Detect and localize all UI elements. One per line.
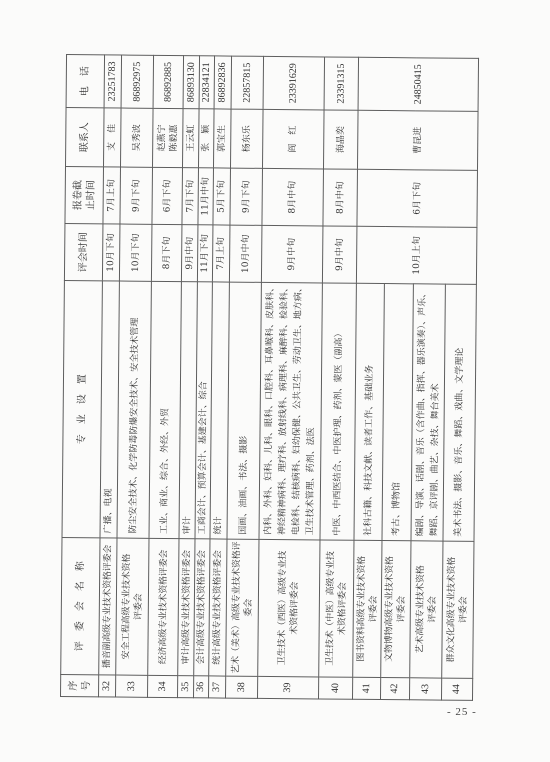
cell-phone: 86892885 — [153, 55, 183, 108]
cell-majors: 中医、中西医结合、中医护理、药剂、蒙医（副高） — [320, 283, 356, 540]
committee-schedule-table: 序 号 评 委 会 名 称 专 业 设 置 评会时间 报卷截 止时间 联系人 电… — [60, 54, 479, 701]
cell-meeting-time: 9月中旬 — [322, 226, 357, 283]
cell-no: 38 — [225, 676, 257, 698]
header-meeting-time: 评会时间 — [64, 224, 103, 281]
header-committee-name: 评 委 会 名 称 — [61, 538, 100, 675]
cell-deadline: 8月中旬 — [323, 169, 358, 226]
table-header-row: 序 号 评 委 会 名 称 专 业 设 置 评会时间 报卷截 止时间 联系人 电… — [61, 55, 105, 697]
cell-no: 40 — [318, 677, 352, 699]
cell-contact: 张 颖 — [198, 109, 214, 168]
cell-meeting-time: 11月下旬 — [197, 225, 213, 282]
cell-no: 43 — [409, 678, 441, 700]
cell-phone: 86893130 — [183, 56, 199, 109]
cell-majors: 防尘安全技术、化学防毒防爆安全技术、安全技术管理 — [117, 281, 151, 538]
cell-no: 41 — [352, 677, 380, 699]
cell-contact: 王云虹 — [182, 109, 199, 168]
table-body: 32播音副高级专业技术资格评委会广播、电视10月下旬7月上旬支 佳2325178… — [99, 55, 479, 700]
header-deadline: 报卷截 止时间 — [65, 167, 104, 224]
cell-deadline: 9月下旬 — [120, 167, 153, 224]
cell-deadline: 7月上旬 — [103, 167, 121, 224]
cell-name: 安全工程高级专业技术资格 评委会 — [116, 538, 149, 675]
cell-phone: 24850415 — [358, 57, 478, 111]
cell-phone: 22834121 — [199, 56, 214, 109]
cell-no: 44 — [441, 678, 472, 700]
cell-phone: 22857815 — [231, 56, 263, 109]
cell-majors: 内科、外科、妇科、儿科、眼科、口腔科、耳鼻喉科、皮肤科、 神经精神病科、理疗科、… — [259, 282, 322, 540]
cell-contact: 杨东乐 — [230, 109, 263, 168]
header-phone: 电 话 — [66, 55, 104, 108]
cell-name: 会计高级专业技术资格评委会 — [194, 539, 210, 676]
cell-majors: 社科古籍、科技文献、读者工作、基础业务 — [354, 283, 384, 540]
cell-deadline: 7月下旬 — [182, 168, 199, 225]
cell-no: 42 — [380, 678, 409, 700]
cell-name: 审计高级专业技术资格评委会 — [178, 539, 195, 676]
cell-name: 卫生技术（中医）高级专业技 术资格评委会 — [319, 540, 354, 677]
cell-no: 32 — [99, 675, 116, 697]
cell-majors: 编剧、导演、话剧、音乐（含作曲、指挥、器乐演奏）、声乐、 舞蹈、京评剧、曲艺、杂… — [411, 284, 445, 541]
cell-contact: 支 佳 — [103, 108, 121, 167]
table-row: 39卫生技术（西医）高级专业技 术资格评委会内科、外科、妇科、儿科、眼科、口腔科… — [257, 56, 324, 699]
cell-name: 卫生技术（西医）高级专业技 术资格评委会 — [258, 539, 320, 677]
cell-contact: 曹昆进 — [357, 110, 478, 170]
header-no: 序 号 — [61, 675, 99, 697]
cell-deadline: 9月下旬 — [230, 168, 263, 225]
cell-phone: 23391629 — [263, 56, 324, 110]
cell-phone: 23251783 — [104, 55, 121, 108]
cell-no: 33 — [116, 675, 148, 697]
cell-name: 经济高级专业技术资格评委会 — [148, 538, 179, 675]
cell-name: 艺术高级专业技术资格 评委会 — [410, 541, 443, 678]
cell-name: 统计高级专业技术资格评委会 — [209, 539, 227, 676]
cell-deadline: 6月下旬 — [357, 169, 478, 227]
cell-meeting-time: 10月下旬 — [119, 224, 152, 281]
cell-deadline: 8月中旬 — [262, 168, 324, 226]
cell-meeting-time: 9月中旬 — [261, 225, 323, 283]
page-number: - 25 - — [447, 706, 477, 718]
cell-deadline: 6月下旬 — [152, 167, 183, 224]
cell-name: 图书资料高级专业技术资格 评委会 — [353, 540, 382, 677]
cell-meeting-time: 7月上旬 — [212, 225, 230, 282]
cell-contact: 吴秀波 — [120, 108, 153, 167]
cell-deadline: 11月中旬 — [198, 168, 214, 225]
cell-phone: 86892836 — [214, 56, 231, 109]
cell-name: 艺术（美术）高级专业技术资格评 委会 — [226, 539, 259, 676]
cell-majors: 国画、油画、书法、摄影 — [227, 282, 261, 539]
cell-no: 34 — [148, 675, 178, 697]
cell-contact: 阎 红 — [262, 109, 324, 169]
cell-meeting-time: 10月下旬 — [102, 224, 120, 281]
cell-deadline: 5月下旬 — [213, 168, 231, 225]
document-page: 序 号 评 委 会 名 称 专 业 设 置 评会时间 报卷截 止时间 联系人 电… — [0, 0, 550, 762]
cell-no: 37 — [208, 676, 225, 698]
cell-majors: 美术书法、摄影、音乐、舞蹈、戏曲、文学理论 — [443, 284, 476, 541]
rotated-table-wrapper: 序 号 评 委 会 名 称 专 业 设 置 评会时间 报卷截 止时间 联系人 电… — [60, 55, 478, 701]
cell-meeting-time: 9月中旬 — [181, 225, 198, 282]
cell-meeting-time: 8月下旬 — [151, 224, 182, 281]
header-majors: 专 业 设 置 — [62, 281, 102, 538]
cell-phone: 23391315 — [324, 57, 358, 110]
cell-majors: 工业、商业、综合、外经、外贸 — [149, 281, 181, 538]
cell-no: 35 — [177, 676, 193, 698]
cell-name: 群众文化高级专业技术资格 评委会 — [442, 541, 474, 678]
cell-no: 36 — [193, 676, 208, 698]
header-contact: 联系人 — [65, 108, 104, 167]
cell-no: 39 — [257, 676, 318, 699]
cell-phone: 86892975 — [121, 55, 153, 108]
cell-name: 文物博物高级专业技术资格 评委会 — [381, 541, 411, 678]
cell-contact: 赵燕宁 陈毅惠 — [152, 108, 183, 167]
cell-meeting-time: 10月中旬 — [229, 225, 262, 282]
cell-majors: 工商会计、预算会计、基建会计、综合 — [195, 282, 212, 539]
cell-contact: 海晶奕 — [323, 110, 358, 169]
cell-majors: 考古、博物馆 — [382, 284, 413, 541]
cell-meeting-time: 10月上旬 — [356, 226, 477, 284]
cell-name: 播音副高级专业技术资格评委会 — [99, 538, 117, 675]
cell-contact: 郭宝生 — [213, 109, 231, 168]
